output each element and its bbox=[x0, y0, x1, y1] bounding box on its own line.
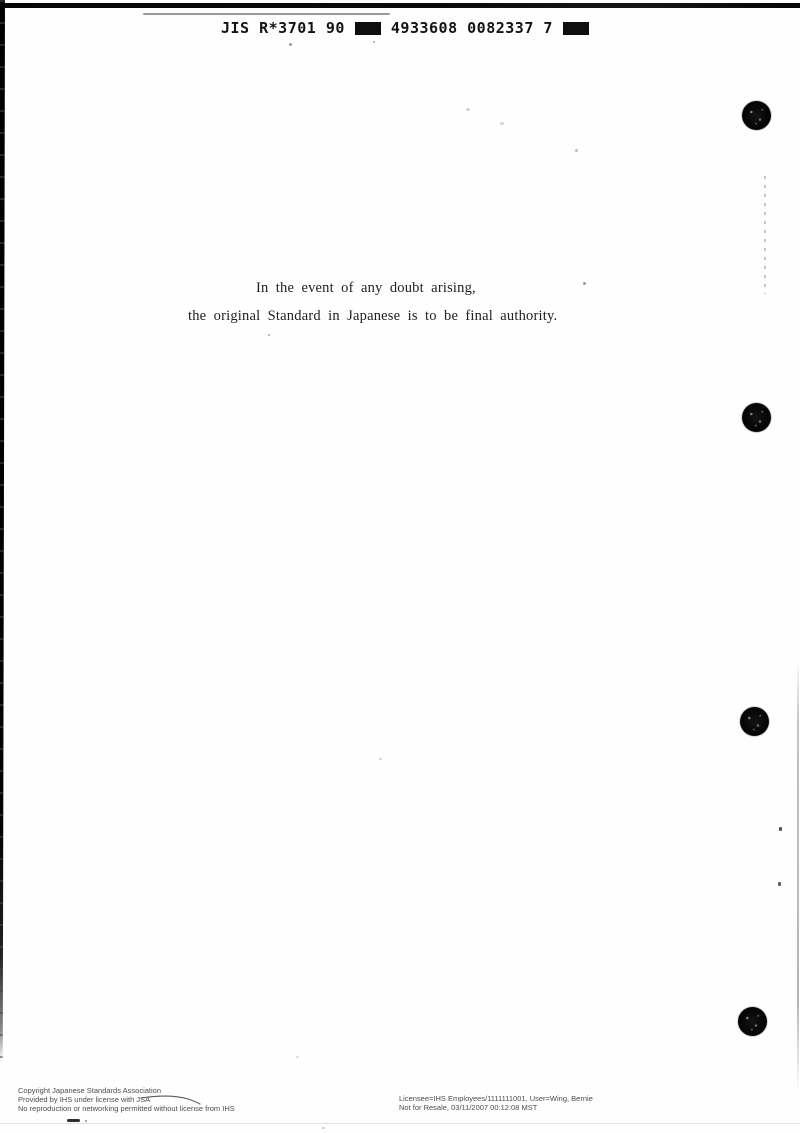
document-control-number: 4933608 0082337 7 bbox=[391, 19, 553, 37]
notice-text-line-1: In the event of any doubt arising, bbox=[256, 280, 476, 297]
scan-speck bbox=[778, 882, 781, 886]
licensee-line: Licensee=IHS Employees/1111111001, User=… bbox=[399, 1094, 593, 1103]
scan-speck bbox=[583, 282, 586, 285]
filled-square-marker-icon bbox=[563, 22, 589, 35]
scan-speck bbox=[373, 41, 375, 43]
scan-left-edge-strip bbox=[0, 0, 5, 1062]
scan-top-edge-line bbox=[0, 3, 800, 8]
scan-speck bbox=[779, 827, 782, 831]
scan-speck bbox=[575, 149, 578, 152]
notice-text-line-2: the original Standard in Japanese is to … bbox=[188, 308, 557, 325]
resale-line: Not for Resale, 03/11/2007 00:12:08 MST bbox=[399, 1103, 593, 1112]
punch-hole bbox=[742, 403, 771, 432]
standard-code-text: JIS R*3701 90 bbox=[221, 19, 345, 37]
pen-swoosh-mark bbox=[140, 1094, 202, 1106]
scan-speck bbox=[322, 1127, 325, 1129]
punch-hole bbox=[742, 101, 771, 130]
scan-speck bbox=[466, 108, 470, 111]
license-line: Provided by IHS under license with JSA bbox=[18, 1095, 235, 1104]
scan-speck bbox=[379, 758, 382, 760]
punch-hole bbox=[738, 1007, 767, 1036]
scan-dash-mark bbox=[67, 1119, 80, 1122]
scan-speck bbox=[296, 1056, 299, 1058]
filled-square-marker-icon bbox=[355, 22, 381, 35]
copyright-line: Copyright Japanese Standards Association bbox=[18, 1086, 235, 1095]
licensee-footer: Licensee=IHS Employees/1111111001, User=… bbox=[399, 1094, 593, 1112]
scan-bottom-edge-line bbox=[0, 1123, 800, 1124]
scanned-document-page: JIS R*3701 90 4933608 0082337 7 In the e… bbox=[0, 0, 800, 1133]
scan-dotted-line bbox=[764, 176, 766, 294]
punch-hole bbox=[740, 707, 769, 736]
document-header-code: JIS R*3701 90 4933608 0082337 7 bbox=[221, 19, 589, 37]
scan-right-edge-line bbox=[797, 660, 799, 1090]
scan-speck bbox=[500, 122, 504, 125]
reproduction-line: No reproduction or networking permitted … bbox=[18, 1104, 235, 1113]
copyright-footer: Copyright Japanese Standards Association… bbox=[18, 1086, 235, 1113]
scan-speck bbox=[289, 43, 292, 46]
scan-speck bbox=[85, 1120, 87, 1122]
scan-top-faint-line bbox=[143, 13, 390, 15]
scan-speck bbox=[268, 334, 270, 336]
